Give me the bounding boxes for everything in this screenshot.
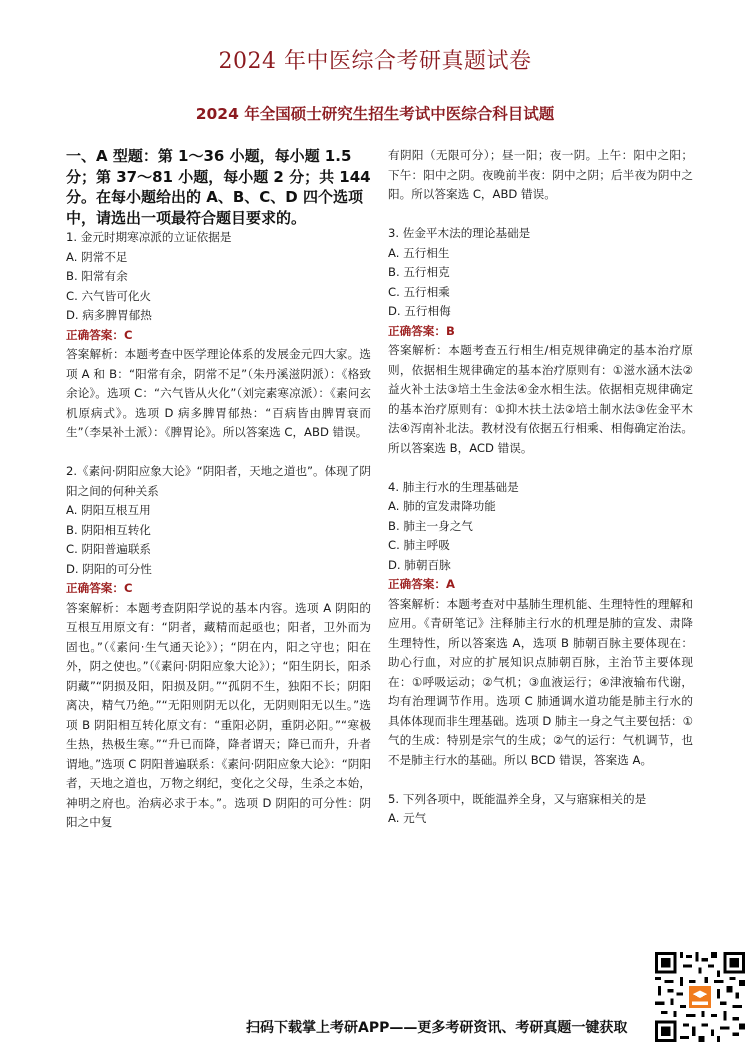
option-a: A. 五行相生: [388, 244, 693, 264]
correct-answer: 正确答案：C: [66, 326, 371, 346]
left-column: 一、A 型题：第 1～36 小题，每小题 1.5 分；第 37～81 小题，每小…: [66, 146, 371, 833]
exam-subtitle: 2024 年全国硕士研究生招生考试中医综合科目试题: [0, 102, 750, 124]
option-b: B. 阳常有余: [66, 267, 371, 287]
option-d: D. 阴阳的可分性: [66, 560, 371, 580]
question-stem: 1. 金元时期寒凉派的立证依据是: [66, 228, 371, 248]
correct-answer: 正确答案：C: [66, 579, 371, 599]
option-d: D. 肺朝百脉: [388, 556, 693, 576]
option-b: B. 肺主一身之气: [388, 517, 693, 537]
question-2: 2.《素问·阴阳应象大论》“阴阳者，天地之道也”。体现了阴阳之间的何种关系 A.…: [66, 462, 371, 833]
question-stem: 3. 佐金平木法的理论基础是: [388, 224, 693, 244]
right-column: 有阴阳（无限可分）；昼一阳；夜一阴。上午：阳中之阳；下午：阳中之阴。夜晚前半夜：…: [388, 146, 693, 829]
option-a: A. 元气: [388, 809, 693, 829]
question-stem: 2.《素问·阴阳应象大论》“阴阳者，天地之道也”。体现了阴阳之间的何种关系: [66, 462, 371, 501]
app-promo-text: 扫码下载掌上考研APP——更多考研资讯、考研真题一键获取: [246, 1017, 627, 1037]
question-stem: 5. 下列各项中，既能温养全身，又与寤寐相关的是: [388, 790, 693, 810]
option-c: C. 肺主呼吸: [388, 536, 693, 556]
option-d: D. 病多脾胃郁热: [66, 306, 371, 326]
section-heading: 一、A 型题：第 1～36 小题，每小题 1.5 分；第 37～81 小题，每小…: [66, 146, 371, 228]
option-c: C. 五行相乘: [388, 283, 693, 303]
answer-explanation: 答案解析：本题考查阴阳学说的基本内容。选项 A 阴阳的互根互用原文有：“阴者，藏…: [66, 599, 371, 833]
answer-explanation: 答案解析：本题考查五行相生/相克规律确定的基本治疗原则，依据相生规律确定的基本治…: [388, 341, 693, 458]
answer-explanation: 答案解析：本题考查中医学理论体系的发展金元四大家。选项 A 和 B：“阳常有余，…: [66, 345, 371, 443]
option-c: C. 阴阳普遍联系: [66, 540, 371, 560]
option-b: B. 阴阳相互转化: [66, 521, 371, 541]
question-5: 5. 下列各项中，既能温养全身，又与寤寐相关的是 A. 元气: [388, 790, 693, 829]
answer-explanation: 答案解析：本题考查对中基肺生理机能、生理特性的理解和应用。《青研笔记》注释肺主行…: [388, 595, 693, 771]
correct-answer: 正确答案：A: [388, 575, 693, 595]
option-c: C. 六气皆可化火: [66, 287, 371, 307]
page-title: 2024 年中医综合考研真题试卷: [0, 44, 750, 75]
option-a: A. 阴常不足: [66, 248, 371, 268]
question-stem: 4. 肺主行水的生理基础是: [388, 478, 693, 498]
question-3: 3. 佐金平木法的理论基础是 A. 五行相生 B. 五行相克 C. 五行相乘 D…: [388, 224, 693, 458]
option-a: A. 肺的宣发肃降功能: [388, 497, 693, 517]
option-d: D. 五行相侮: [388, 302, 693, 322]
question-4: 4. 肺主行水的生理基础是 A. 肺的宣发肃降功能 B. 肺主一身之气 C. 肺…: [388, 478, 693, 771]
question-1: 1. 金元时期寒凉派的立证依据是 A. 阴常不足 B. 阳常有余 C. 六气皆可…: [66, 228, 371, 443]
qr-code-icon[interactable]: [655, 952, 745, 1042]
answer-explanation-continued: 有阴阳（无限可分）；昼一阳；夜一阴。上午：阳中之阳；下午：阳中之阴。夜晚前半夜：…: [388, 146, 693, 205]
option-a: A. 阴阳互根互用: [66, 501, 371, 521]
correct-answer: 正确答案：B: [388, 322, 693, 342]
option-b: B. 五行相克: [388, 263, 693, 283]
